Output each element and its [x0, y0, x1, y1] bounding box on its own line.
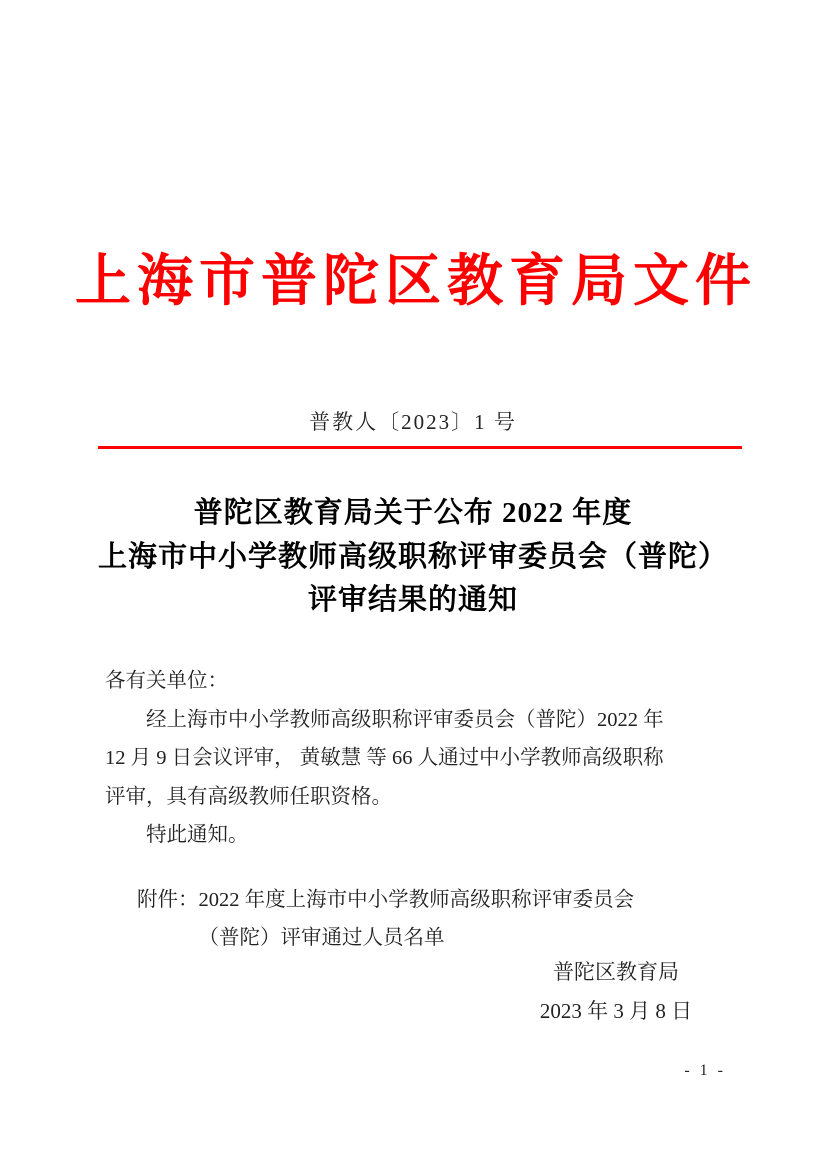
signature-organization: 普陀区教育局 [451, 953, 781, 992]
page-number: - 1 - [684, 1062, 726, 1080]
document-title-line-2: 上海市中小学教师高级职称评审委员会（普陀） [40, 536, 786, 580]
document-masthead: 上海市普陀区教育局文件 [0, 250, 826, 314]
salutation: 各有关单位： [105, 662, 725, 701]
body-paragraph-line: 评审，具有高级教师任职资格。 [105, 778, 725, 817]
signature: 普陀区教育局 2023 年 3 月 8 日 [451, 953, 781, 1030]
red-divider-line [98, 446, 742, 449]
document-title: 普陀区教育局关于公布 2022 年度 上海市中小学教师高级职称评审委员会（普陀）… [40, 492, 786, 623]
attachment-line-2: （普陀）评审通过人员名单 [199, 919, 718, 957]
closing-remark: 特此通知。 [105, 816, 725, 855]
body-paragraph-line: 12 月 9 日会议评审， 黄敏慧 等 66 人通过中小学教师高级职称 [105, 739, 725, 778]
document-title-line-1: 普陀区教育局关于公布 2022 年度 [40, 492, 786, 536]
attachment-line-1: 附件：2022 年度上海市中小学教师高级职称评审委员会 [137, 881, 717, 919]
document-number: 普教人〔2023〕1 号 [0, 406, 826, 436]
document-body: 各有关单位： 经上海市中小学教师高级职称评审委员会（普陀）2022 年 12 月… [105, 662, 725, 855]
signature-date: 2023 年 3 月 8 日 [451, 992, 781, 1031]
document-title-line-3: 评审结果的通知 [40, 579, 786, 623]
body-paragraph-line: 经上海市中小学教师高级职称评审委员会（普陀）2022 年 [105, 701, 725, 740]
attachment-note: 附件：2022 年度上海市中小学教师高级职称评审委员会 （普陀）评审通过人员名单 [137, 881, 717, 957]
document-page: 上海市普陀区教育局文件 普教人〔2023〕1 号 普陀区教育局关于公布 2022… [0, 0, 826, 1169]
